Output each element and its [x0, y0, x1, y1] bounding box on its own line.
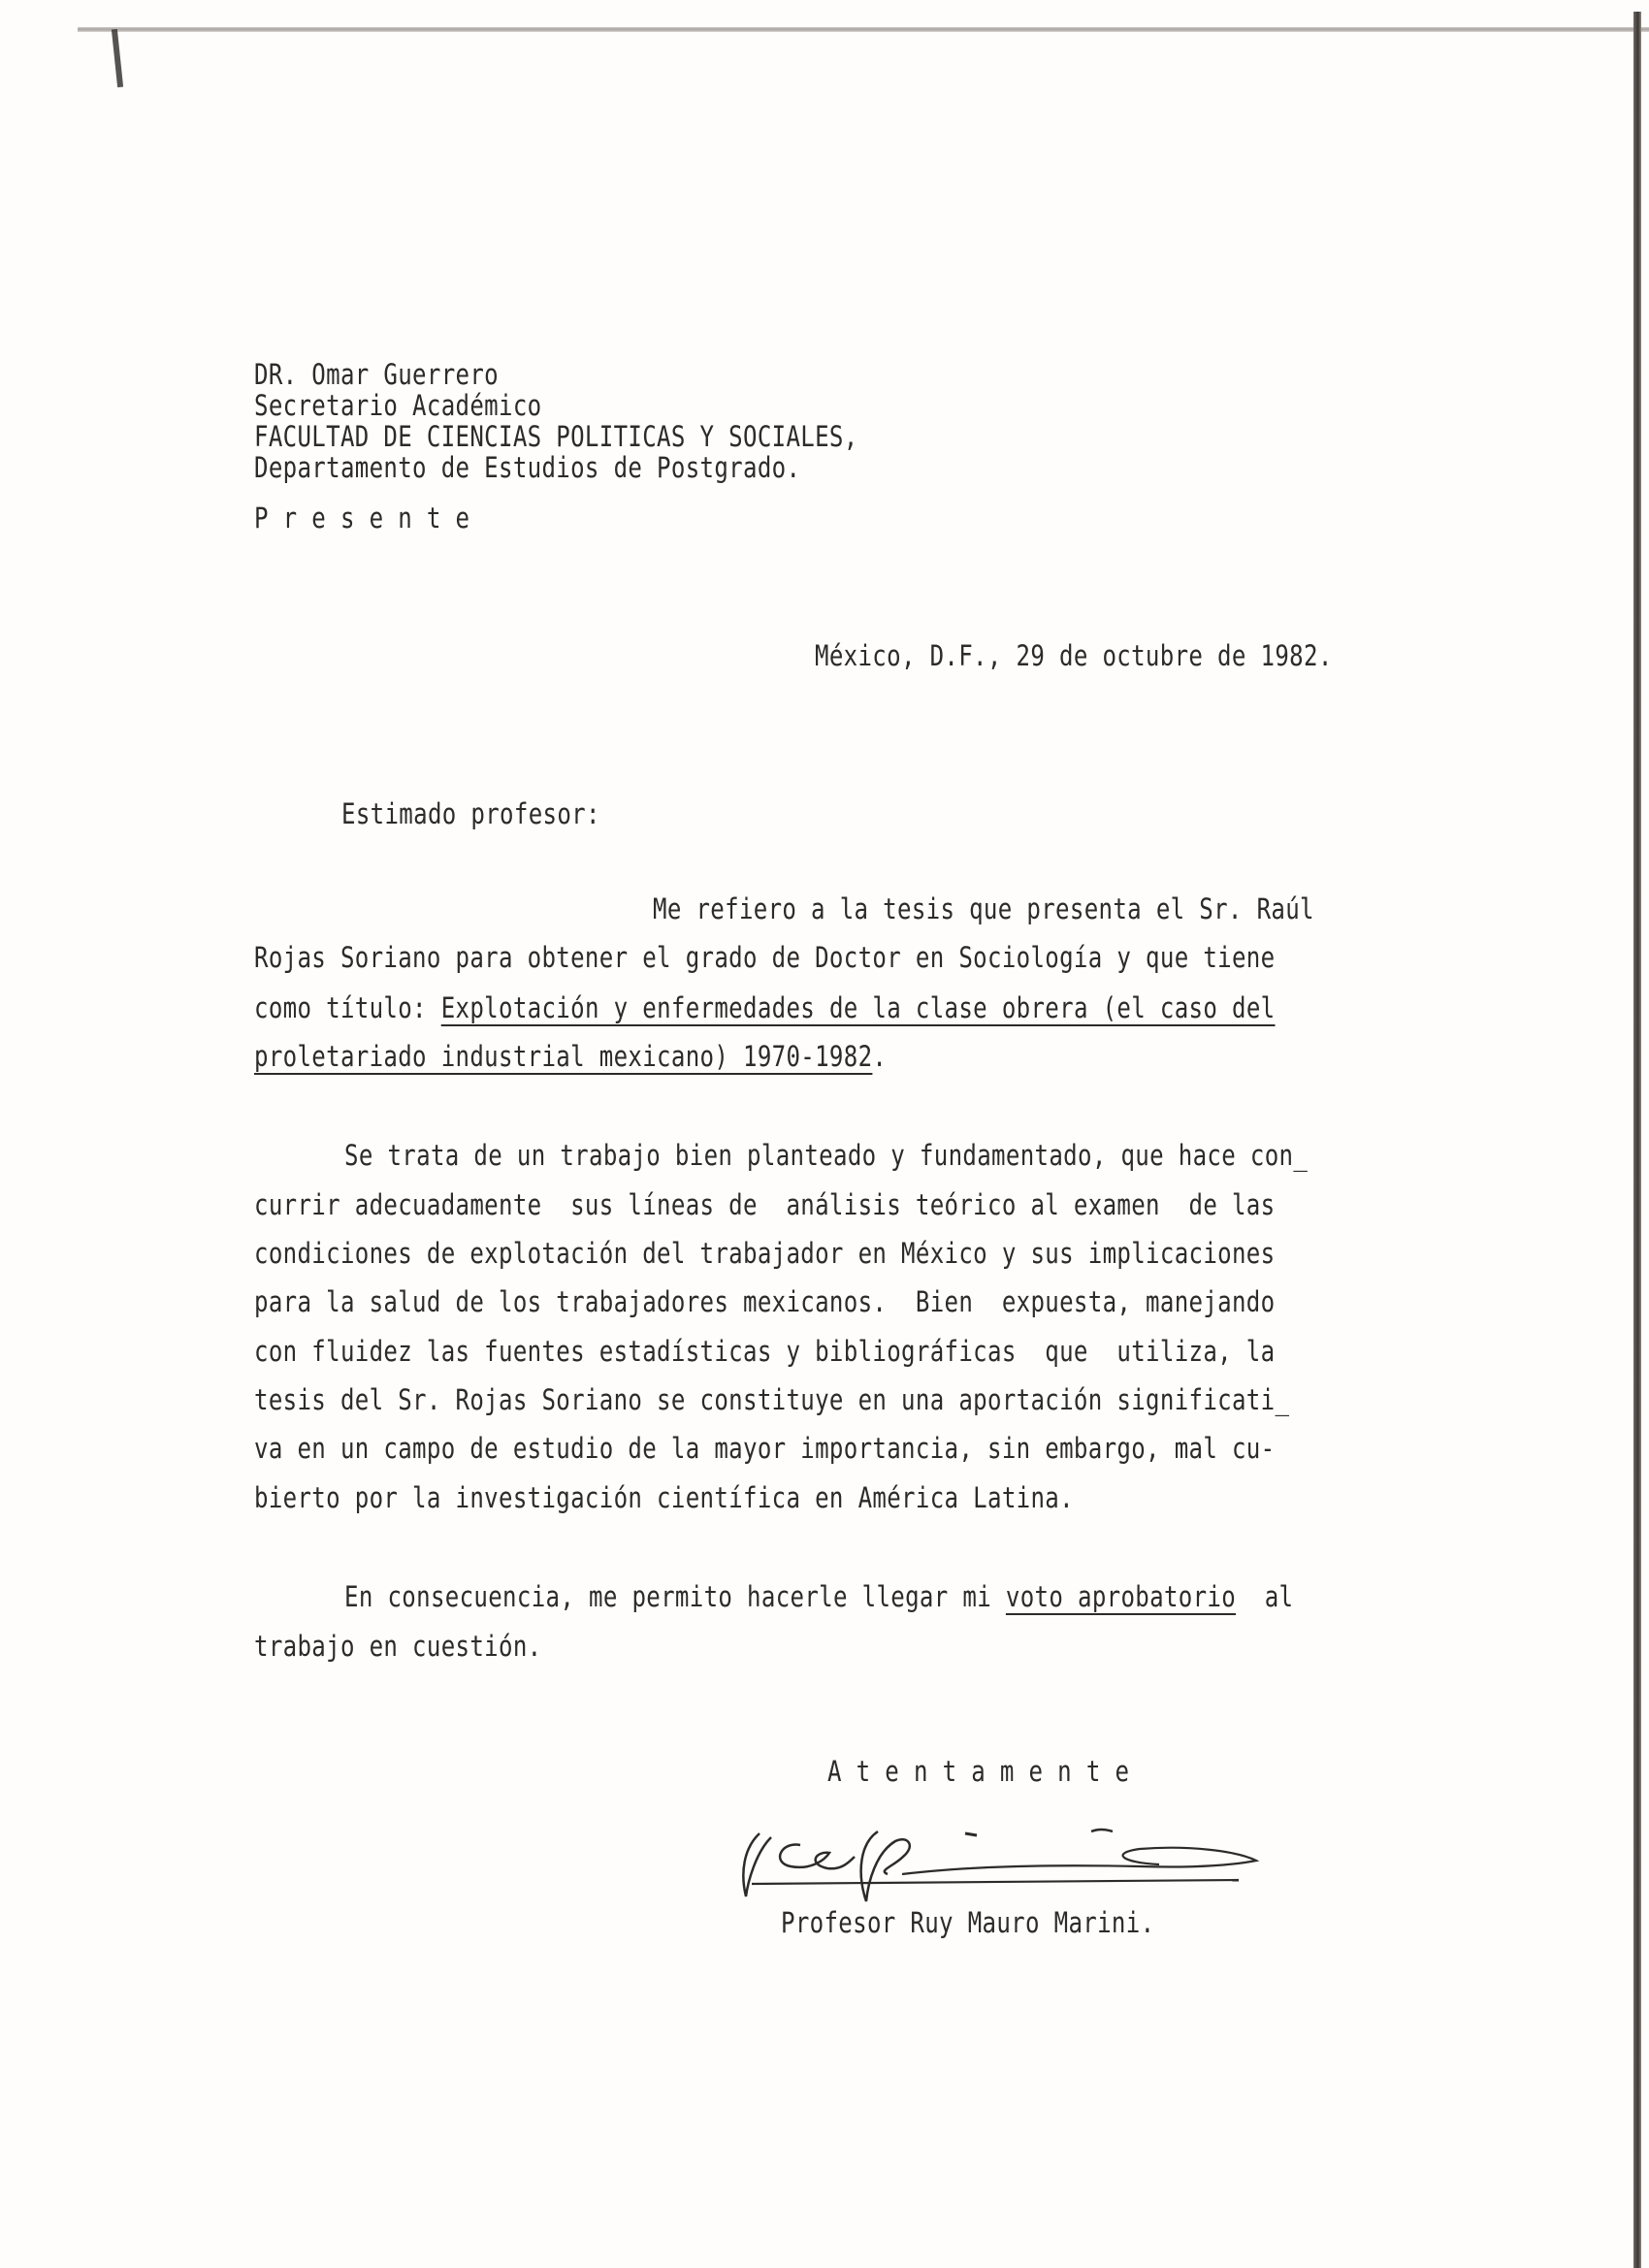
title-period: .	[872, 1040, 887, 1073]
paragraph2-line1: Se trata de un trabajo bien planteado y …	[344, 1142, 1308, 1170]
title-label: como título:	[254, 991, 441, 1024]
paragraph1-line3: como título: Explotación y enfermedades …	[254, 994, 1275, 1022]
staple-mark	[112, 29, 123, 87]
paragraph2-line8: bierto por la investigación científica e…	[254, 1484, 1074, 1512]
salutation: Estimado profesor:	[341, 800, 600, 828]
vote-lead-in: En consecuencia, me permito hacerle lleg…	[344, 1580, 1006, 1613]
scan-right-edge	[1633, 12, 1641, 2268]
thesis-title-part1: Explotación y enfermedades de la clase o…	[441, 991, 1276, 1024]
paragraph3-line2: trabajo en cuestión.	[254, 1633, 541, 1661]
signatory-name: Profesor Ruy Mauro Marini.	[781, 1909, 1154, 1937]
paragraph1-line4: proletariado industrial mexicano) 1970-1…	[254, 1043, 887, 1071]
scan-top-edge	[78, 27, 1649, 32]
vote-emphasis: voto aprobatorio	[1006, 1580, 1236, 1613]
letter-page: DR. Omar Guerrero Secretario Académico F…	[0, 0, 1649, 2268]
paragraph2-line6: tesis del Sr. Rojas Soriano se constituy…	[254, 1386, 1289, 1414]
paragraph2-line7: va en un campo de estudio de la mayor im…	[254, 1435, 1275, 1463]
recipient-position: Secretario Académico	[254, 392, 541, 420]
paragraph2-line3: condiciones de explotación del trabajado…	[254, 1240, 1275, 1268]
date-line: México, D.F., 29 de octubre de 1982.	[815, 642, 1333, 670]
paragraph3-line1: En consecuencia, me permito hacerle lleg…	[344, 1583, 1293, 1611]
paragraph2-line4: para la salud de los trabajadores mexica…	[254, 1288, 1275, 1316]
recipient-faculty: FACULTAD DE CIENCIAS POLITICAS Y SOCIALE…	[254, 423, 858, 451]
presente-line: P r e s e n t e	[254, 504, 469, 533]
recipient-name: DR. Omar Guerrero	[254, 361, 499, 389]
paragraph2-line2: currir adecuadamente sus líneas de análi…	[254, 1191, 1275, 1219]
paragraph1-line2: Rojas Soriano para obtener el grado de D…	[254, 944, 1275, 972]
paragraph1-line1: Me refiero a la tesis que presenta el Sr…	[653, 895, 1314, 923]
vote-tail: al	[1236, 1580, 1293, 1613]
thesis-title-part2: proletariado industrial mexicano) 1970-1…	[254, 1040, 872, 1073]
closing: A t e n t a m e n t e	[827, 1758, 1129, 1786]
paragraph2-line5: con fluidez las fuentes estadísticas y b…	[254, 1338, 1275, 1366]
recipient-department: Departamento de Estudios de Postgrado.	[254, 454, 800, 482]
